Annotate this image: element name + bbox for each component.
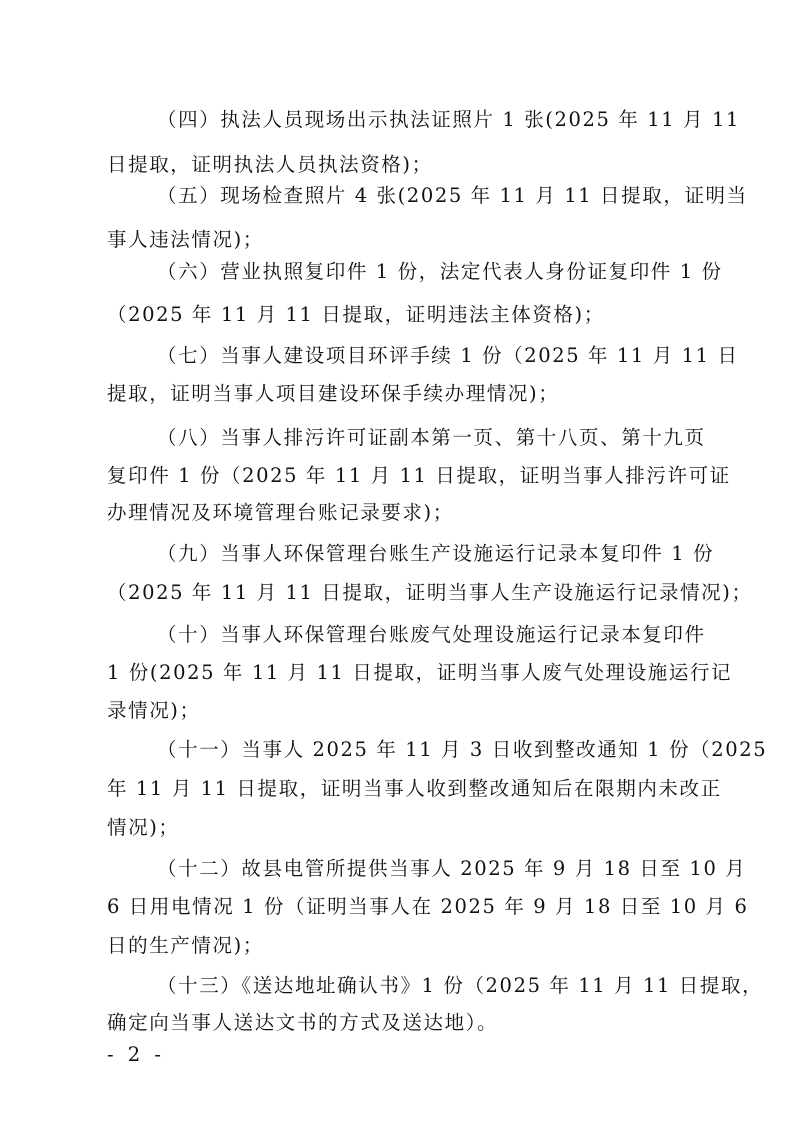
item-13-line-1: （十三）《送达地址确认书》1 份（2025 年 11 月 11 日提取， xyxy=(107,973,695,999)
item-4-line-1: （四）执法人员现场出示执法证照片 1 张(2025 年 11 月 11 xyxy=(107,107,695,133)
item-6-line-1: （六）营业执照复印件 1 份，法定代表人身份证复印件 1 份 xyxy=(107,259,695,285)
item-8-line-1: （八）当事人排污许可证副本第一页、第十八页、第十九页 xyxy=(107,425,695,451)
item-8-line-2: 复印件 1 份（2025 年 11 月 11 日提取，证明当事人排污许可证 xyxy=(107,463,695,489)
item-12-line-3: 日的生产情况)； xyxy=(107,933,695,959)
item-8-line-3: 办理情况及环境管理台账记录要求)； xyxy=(107,500,695,526)
item-5-line-2: 事人违法情况)； xyxy=(107,227,695,253)
item-9-line-1: （九）当事人环保管理台账生产设施运行记录本复印件 1 份 xyxy=(107,541,695,567)
item-11-line-3: 情况)； xyxy=(107,815,695,841)
item-10-line-2: 1 份(2025 年 11 月 11 日提取，证明当事人废气处理设施运行记 xyxy=(107,660,695,686)
item-10-line-1: （十）当事人环保管理台账废气处理设施运行记录本复印件 xyxy=(107,622,695,648)
item-4-line-2: 日提取，证明执法人员执法资格)； xyxy=(107,152,695,178)
item-6-line-2: （2025 年 11 月 11 日提取，证明违法主体资格)； xyxy=(107,302,695,328)
item-11-line-2: 年 11 月 11 日提取，证明当事人收到整改通知后在限期内未改正 xyxy=(107,776,695,802)
item-11-line-1: （十一）当事人 2025 年 11 月 3 日收到整改通知 1 份（2025 xyxy=(107,737,695,763)
item-7-line-1: （七）当事人建设项目环评手续 1 份（2025 年 11 月 11 日 xyxy=(107,343,695,369)
document-page: （四）执法人员现场出示执法证照片 1 张(2025 年 11 月 11 日提取，… xyxy=(0,0,793,1122)
item-12-line-2: 6 日用电情况 1 份（证明当事人在 2025 年 9 月 18 日至 10 月… xyxy=(107,894,695,920)
item-13-line-2: 确定向当事人送达文书的方式及送达地）。 xyxy=(107,1010,695,1036)
item-12-line-1: （十二）故县电管所提供当事人 2025 年 9 月 18 日至 10 月 xyxy=(107,856,695,882)
item-9-line-2: （2025 年 11 月 11 日提取，证明当事人生产设施运行记录情况)； xyxy=(107,580,695,606)
item-5-line-1: （五）现场检查照片 4 张(2025 年 11 月 11 日提取，证明当 xyxy=(107,183,695,209)
page-number: - 2 - xyxy=(107,1042,165,1068)
item-10-line-3: 录情况)； xyxy=(107,698,695,724)
item-7-line-2: 提取，证明当事人项目建设环保手续办理情况)； xyxy=(107,381,695,407)
